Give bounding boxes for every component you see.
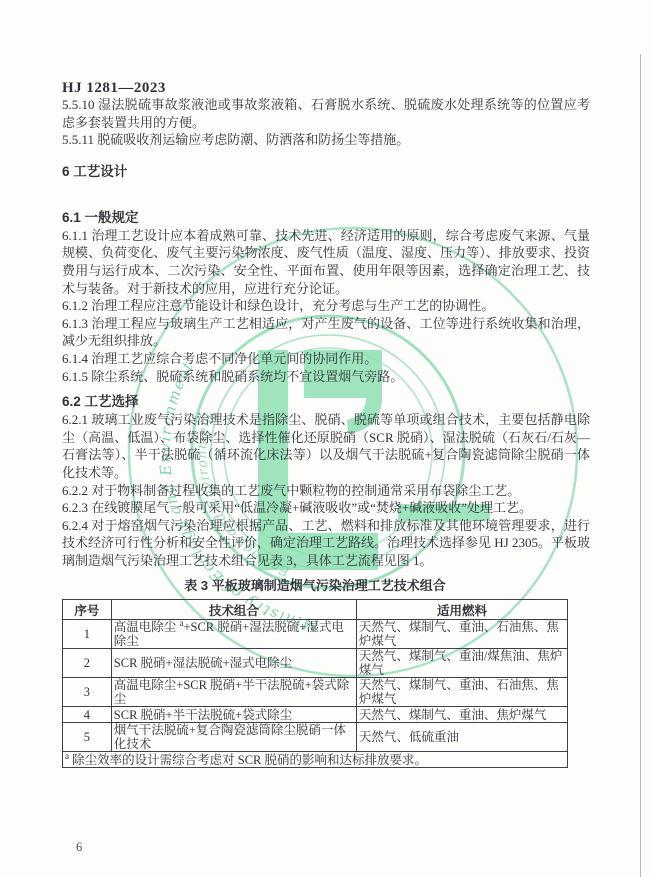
clause-6-1-1: 6.1.1 治理工艺设计应本着成熟可靠、技术先进、经济适用的原则，综合考虑废气来… xyxy=(62,227,590,297)
table-note-row: a 除尘效率的设计需综合考虑对 SCR 脱硝的影响和达标排放要求。 xyxy=(63,752,568,768)
section-6-2-heading: 6.2 工艺选择 xyxy=(62,393,590,411)
clause-6-1-2: 6.1.2 治理工程应注意节能设计和绿色设计，充分考虑与生产工艺的协调性。 xyxy=(62,297,590,315)
section-6-1-heading: 6.1 一般规定 xyxy=(62,209,590,227)
section-6-heading: 6 工艺设计 xyxy=(62,163,590,181)
clause-6-2-2: 6.2.2 对于物料制备过程收集的工艺废气中颗粒物的控制通常采用布袋除尘工艺。 xyxy=(62,482,590,500)
table-3: 序号 技术组合 适用燃料 1 高温电除尘 a+SCR 脱硝+湿法脱硫+湿式电除尘… xyxy=(62,599,568,768)
table-row: 2 SCR 脱硝+湿法脱硫+湿式电除尘 天然气、煤制气、重油/煤焦油、焦炉煤气 xyxy=(63,649,568,678)
clause-5-5-11: 5.5.11 脱硫吸收剂运输应考虑防潮、防洒落和防扬尘等措施。 xyxy=(62,131,590,149)
document-page: Ministry of Ecology and Environment Ecol… xyxy=(0,0,652,877)
cell-combo: 高温电除尘+SCR 脱硝+半干法脱硫+袋式除尘 xyxy=(111,678,356,707)
cell-seq: 3 xyxy=(63,678,112,707)
table-row: 4 SCR 脱硝+半干法脱硫+袋式除尘 天然气、煤制气、重油、焦炉煤气 xyxy=(63,707,568,723)
cell-fuel: 天然气、煤制气、重油/煤焦油、焦炉煤气 xyxy=(356,649,567,678)
column-header-combo: 技术组合 xyxy=(111,600,356,620)
clause-6-2-3: 6.2.3 在线镀膜尾气一般可采用“低温冷凝+碱液吸收”或“焚烧+碱液吸收”处理… xyxy=(62,499,590,517)
cell-fuel: 天然气、煤制气、重油、石油焦、焦炉煤气 xyxy=(356,678,567,707)
clause-6-1-5: 6.1.5 除尘系统、脱硫系统和脱硝系统均不宜设置烟气旁路。 xyxy=(62,368,590,386)
cell-fuel: 天然气、低硫重油 xyxy=(356,723,567,752)
table-3-caption: 表 3 平板玻璃制造烟气污染治理工艺技术组合 xyxy=(62,577,568,594)
column-header-fuel: 适用燃料 xyxy=(356,600,567,620)
footnote-text: 除尘效率的设计需综合考虑对 SCR 脱硝的影响和达标排放要求。 xyxy=(69,753,427,767)
scan-edge-line xyxy=(640,54,641,877)
page-content: HJ 1281—2023 5.5.10 湿法脱硫事故浆液池或事故浆液箱、石膏脱水… xyxy=(62,80,590,768)
clause-6-1-3: 6.1.3 治理工程应与玻璃生产工艺相适应，对产生废气的设备、工位等进行系统收集… xyxy=(62,315,590,350)
cell-seq: 4 xyxy=(63,707,112,723)
clause-6-2-1: 6.2.1 玻璃工业废气污染治理技术是指除尘、脱硝、脱硫等单项或组合技术，主要包… xyxy=(62,411,590,481)
table-row: 3 高温电除尘+SCR 脱硝+半干法脱硫+袋式除尘 天然气、煤制气、重油、石油焦… xyxy=(63,678,568,707)
cell-combo: SCR 脱硝+半干法脱硫+袋式除尘 xyxy=(111,707,356,723)
cell-seq: 1 xyxy=(63,620,112,649)
clause-6-1-4: 6.1.4 治理工艺应综合考虑不同净化单元间的协同作用。 xyxy=(62,350,590,368)
cell-combo: 烟气干法脱硫+复合陶瓷滤筒除尘脱硝一体化技术 xyxy=(111,723,356,752)
column-header-seq: 序号 xyxy=(63,600,112,620)
cell-fuel: 天然气、煤制气、重油、石油焦、焦炉煤气 xyxy=(356,620,567,649)
table-row: 5 烟气干法脱硫+复合陶瓷滤筒除尘脱硝一体化技术 天然气、低硫重油 xyxy=(63,723,568,752)
cell-fuel: 天然气、煤制气、重油、焦炉煤气 xyxy=(356,707,567,723)
table-header-row: 序号 技术组合 适用燃料 xyxy=(63,600,568,620)
page-number: 6 xyxy=(76,840,82,855)
table-footnote: a 除尘效率的设计需综合考虑对 SCR 脱硝的影响和达标排放要求。 xyxy=(63,752,568,768)
clause-5-5-10: 5.5.10 湿法脱硫事故浆液池或事故浆液箱、石膏脱水系统、脱硫废水处理系统等的… xyxy=(62,96,590,131)
combo-text: 高温电除尘 xyxy=(114,620,180,634)
cell-seq: 5 xyxy=(63,723,112,752)
standard-number-header: HJ 1281—2023 xyxy=(62,80,590,96)
cell-seq: 2 xyxy=(63,649,112,678)
clause-6-2-4: 6.2.4 对于熔窑烟气污染治理应根据产品、工艺、燃料和排放标准及其他环境管理要… xyxy=(62,517,590,570)
cell-combo: SCR 脱硝+湿法脱硫+湿式电除尘 xyxy=(111,649,356,678)
cell-combo: 高温电除尘 a+SCR 脱硝+湿法脱硫+湿式电除尘 xyxy=(111,620,356,649)
table-row: 1 高温电除尘 a+SCR 脱硝+湿法脱硫+湿式电除尘 天然气、煤制气、重油、石… xyxy=(63,620,568,649)
